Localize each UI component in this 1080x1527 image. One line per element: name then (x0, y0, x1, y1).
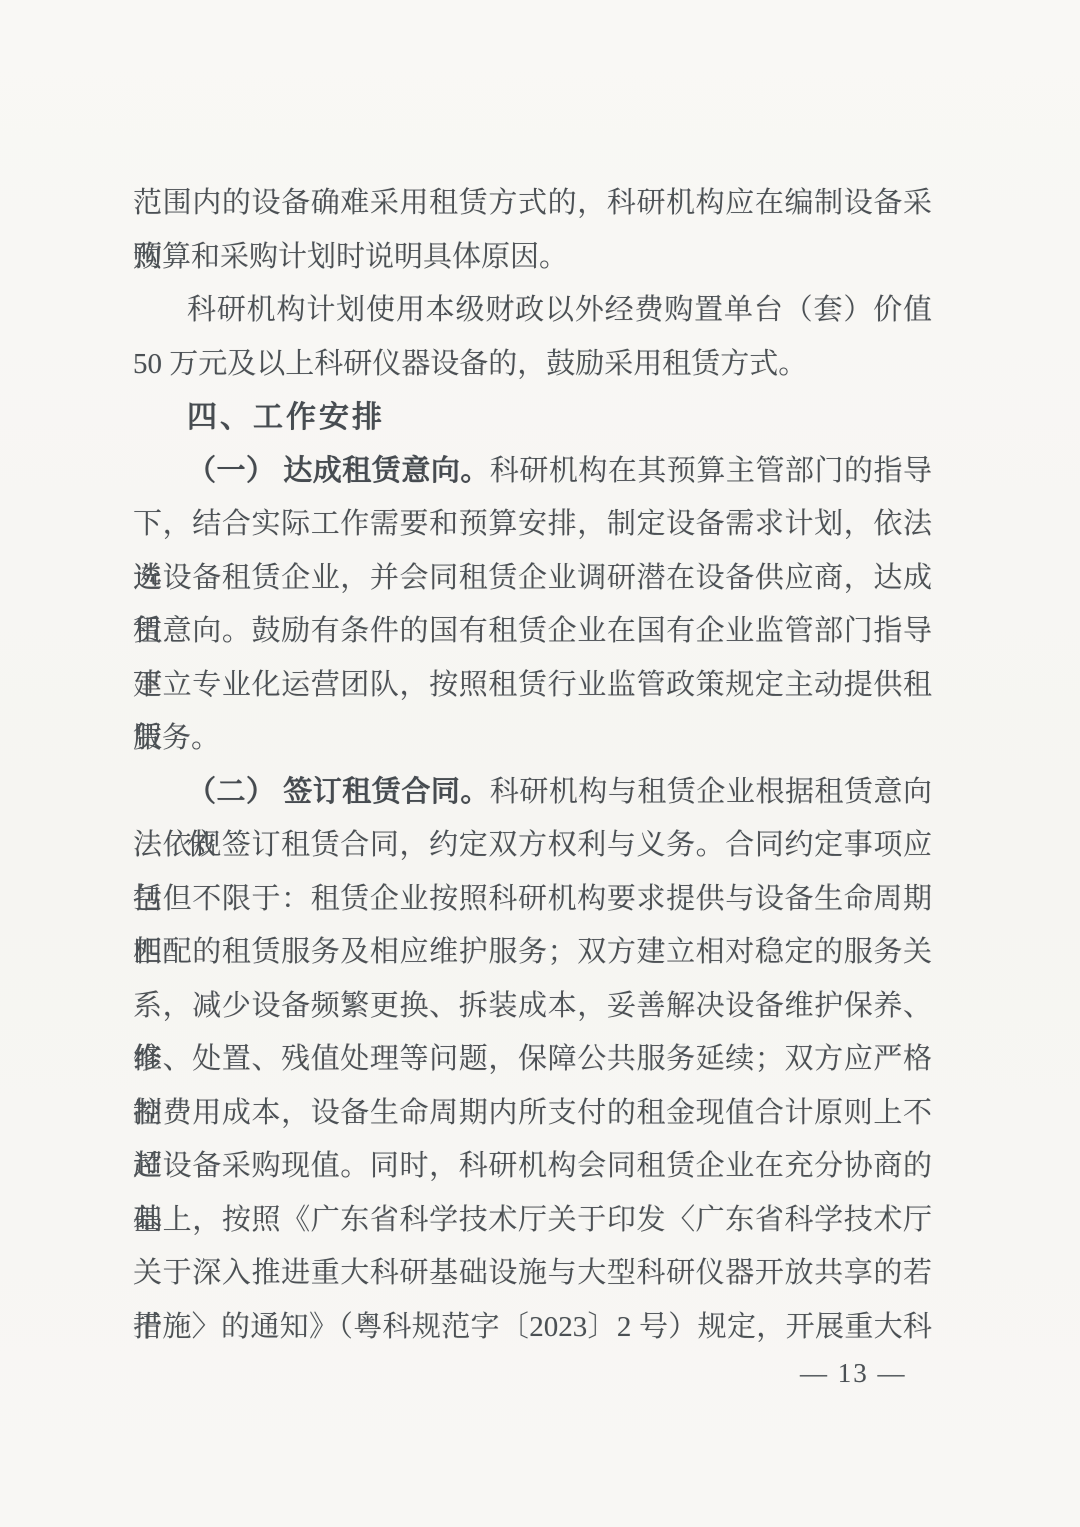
page-number: — 13 — (800, 1358, 907, 1389)
body-line: 服务。 (133, 712, 932, 766)
body-line: 措施〉的通知》（粤科规范字〔2023〕2 号）规定，开展重大科 (133, 1301, 932, 1355)
body-line: 关于深入推进重大科研基础设施与大型科研仪器开放共享的若干 (133, 1247, 932, 1301)
body-line: 赁意向。鼓励有条件的国有租赁企业在国有企业监管部门指导下 (133, 605, 932, 659)
body-line: 科研机构计划使用本级财政以外经费购置单台（套）价值 (133, 284, 932, 338)
body-line: 建立专业化运营团队，按照租赁行业监管政策规定主动提供租赁 (133, 659, 932, 713)
body-line: 础上，按照《广东省科学技术厅关于印发〈广东省科学技术厅 (133, 1194, 932, 1248)
document-page: 范围内的设备确难采用租赁方式的，科研机构应在编制设备采购 预算和采购计划时说明具… (0, 0, 1080, 1527)
section-heading: 四、工作安排 (133, 391, 932, 445)
body-line: 过设备采购现值。同时，科研机构会同租赁企业在充分协商的基 (133, 1140, 932, 1194)
body-line: （一） 达成租赁意向。科研机构在其预算主管部门的指导 (133, 445, 932, 499)
body-line: 选设备租赁企业，并会同租赁企业调研潜在设备供应商，达成租 (133, 552, 932, 606)
body-line: 下，结合实际工作需要和预算安排，制定设备需求计划，依法遴 (133, 498, 932, 552)
body-line: 匹配的租赁服务及相应维护服务；双方建立相对稳定的服务关 (133, 926, 932, 980)
body-line: 50 万元及以上科研仪器设备的，鼓励采用租赁方式。 (133, 338, 932, 392)
subsection-title: （一） 达成租赁意向。 (187, 455, 490, 487)
body-line: 范围内的设备确难采用租赁方式的，科研机构应在编制设备采购 (133, 177, 932, 231)
body-line: 法依规签订租赁合同，约定双方权利与义务。合同约定事项应包 (133, 819, 932, 873)
subsection-title: （二） 签订租赁合同。 (187, 776, 490, 808)
body-line: （二） 签订租赁合同。科研机构与租赁企业根据租赁意向依 (133, 766, 932, 820)
body-line: 制费用成本，设备生命周期内所支付的租金现值合计原则上不超 (133, 1087, 932, 1141)
body-line: 系，减少设备频繁更换、拆装成本，妥善解决设备维护保养、维 (133, 980, 932, 1034)
body-line: 修、处置、残值处理等问题，保障公共服务延续；双方应严格控 (133, 1033, 932, 1087)
document-body: 范围内的设备确难采用租赁方式的，科研机构应在编制设备采购 预算和采购计划时说明具… (133, 177, 932, 1354)
body-line: 括但不限于：租赁企业按照科研机构要求提供与设备生命周期相 (133, 873, 932, 927)
body-line: 预算和采购计划时说明具体原因。 (133, 231, 932, 285)
body-text: 科研机构在其预算主管部门的指导 (490, 455, 932, 487)
